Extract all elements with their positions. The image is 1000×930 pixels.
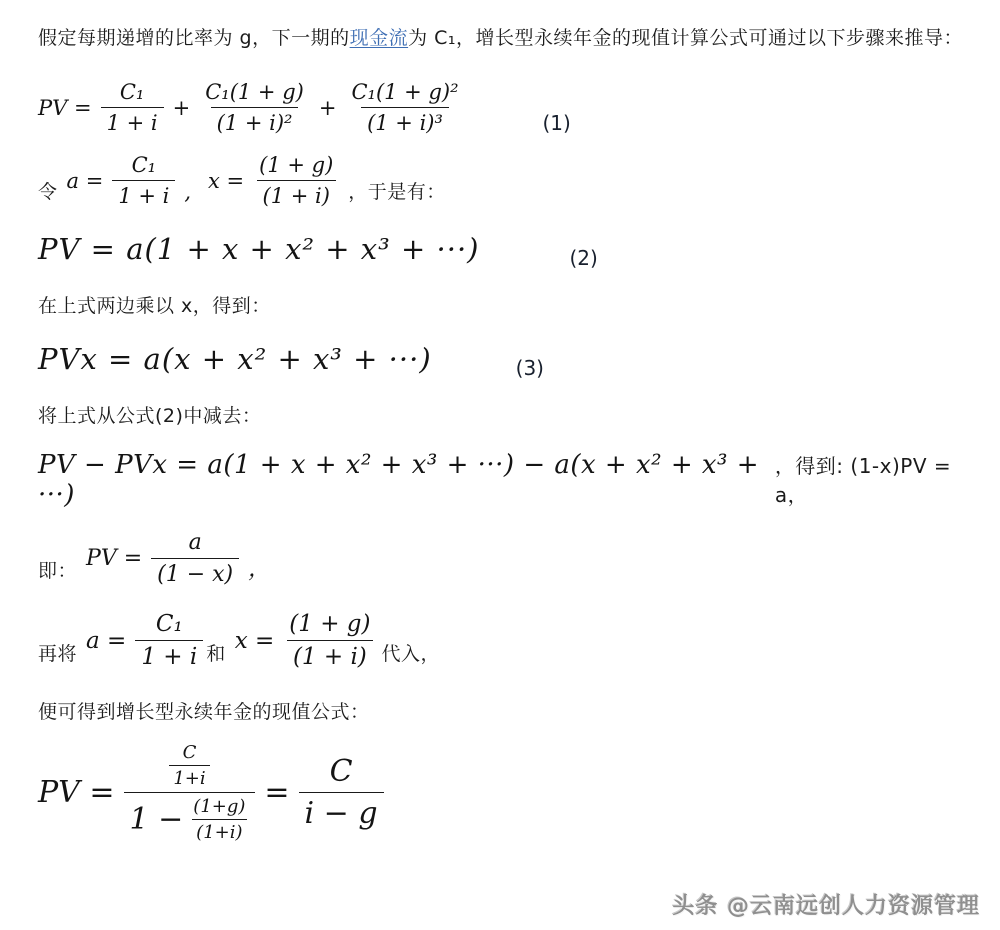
f7-den-frac-numerator: (1+g): [189, 796, 249, 819]
intro-text-part1: 假定每期递增的比率为 g，下一期的: [38, 27, 350, 49]
f7-den-prefix: 1 −: [130, 802, 184, 837]
f6-a-lhs: a =: [86, 628, 126, 654]
equation-number-3: (3): [516, 356, 544, 380]
final-formula: PV = C 1+i 1 − (1+g) (1+i) =: [38, 742, 384, 843]
f6-x-lhs: x =: [235, 628, 275, 654]
subtraction-line-row: PV − PVx = a(1 + x + x² + x³ + ···) − a(…: [38, 450, 980, 510]
f7-rhs-denominator: i − g: [299, 792, 384, 831]
multiply-paragraph: 在上式两边乘以 x，得到：: [38, 294, 980, 318]
formula-1: PV = C₁ 1 + i + C₁(1 + g) (1 + i)² + C₁(…: [38, 80, 465, 135]
f7-denominator-fraction: (1+g) (1+i): [189, 796, 249, 843]
f7-lhs: PV =: [38, 775, 115, 810]
let-comma: ,: [184, 180, 191, 208]
equation-number-2: (2): [569, 246, 597, 270]
f1-fraction-2: C₁(1 + g) (1 + i)²: [199, 80, 310, 135]
f1-fraction-3: C₁(1 + g)² (1 + i)³: [345, 80, 464, 135]
intro-text-part2: 为 C₁，增长型永续年金的现值计算公式可通过以下步骤来推导：: [408, 27, 963, 49]
let-x-fraction: (1 + g) (1 + i): [253, 153, 339, 208]
f5-denominator: (1 − x): [151, 558, 239, 587]
f1-frac3-denominator: (1 + i)³: [361, 107, 449, 135]
therefore-line-row: 即： PV = a (1 − x) ，: [38, 530, 980, 587]
subtraction-formula: PV − PVx = a(1 + x + x² + x³ + ···) − a(…: [38, 450, 765, 510]
f7-numerator-fraction: C 1+i: [169, 742, 209, 789]
therefore-formula: 即： PV = a (1 − x) ，: [38, 530, 270, 587]
f4-body: PV − PVx = a(1 + x + x² + x³ + ···) − a(…: [38, 450, 765, 510]
formula-1-row: PV = C₁ 1 + i + C₁(1 + g) (1 + i)² + C₁(…: [38, 80, 980, 135]
let-x-denominator: (1 + i): [257, 180, 336, 208]
f5-fraction: a (1 − x): [151, 530, 239, 587]
formula-2: PV = a(1 + x + x² + x³ + ···): [38, 232, 479, 266]
f7-outer-fraction: C 1+i 1 − (1+g) (1+i): [124, 742, 256, 843]
f7-den-frac-denominator: (1+i): [192, 819, 246, 843]
f6-x-denominator: (1 + i): [287, 640, 373, 670]
f6-substitute-text: 代入，: [381, 639, 440, 670]
final-formula-row: PV = C 1+i 1 − (1+g) (1+i) =: [38, 742, 980, 843]
let-prefix: 令: [38, 177, 58, 208]
equation-number-1: (1): [543, 111, 571, 135]
let-a-lhs: a =: [67, 169, 104, 193]
let-line-row: 令 a = C₁ 1 + i , x = (1 + g) (1 + i) ，于是…: [38, 153, 980, 208]
f1-lhs: PV =: [38, 96, 92, 120]
substitute-line-row: 再将 a = C₁ 1 + i 和 x = (1 + g) (1 + i) 代入…: [38, 611, 980, 670]
substitute-prefix: 再将: [38, 639, 77, 670]
substitute-formula: 再将 a = C₁ 1 + i 和 x = (1 + g) (1 + i) 代入…: [38, 611, 440, 670]
f6-a-numerator: C₁: [150, 611, 189, 640]
let-x-lhs: x =: [208, 169, 244, 193]
f7-rhs-fraction: C i − g: [299, 754, 384, 831]
f5-lhs: PV =: [86, 546, 142, 571]
f5-comma: ，: [248, 552, 270, 587]
f1-frac3-numerator: C₁(1 + g)²: [345, 80, 464, 107]
let-a-numerator: C₁: [126, 153, 163, 180]
f2-body: PV = a(1 + x + x² + x³ + ···): [38, 232, 479, 266]
final-paragraph: 便可得到增长型永续年金的现值公式：: [38, 700, 980, 724]
cashflow-link[interactable]: 现金流: [350, 27, 409, 49]
article-page: 假定每期递增的比率为 g，下一期的现金流为 C₁，增长型永续年金的现值计算公式可…: [0, 0, 1000, 930]
f3-body: PVx = a(x + x² + x³ + ···): [38, 342, 432, 376]
formula-3: PVx = a(x + x² + x³ + ···): [38, 342, 432, 376]
formula-2-row: PV = a(1 + x + x² + x³ + ···) (2): [38, 232, 980, 266]
f1-plus-2: +: [319, 96, 337, 120]
f7-outer-numerator: C 1+i: [163, 742, 215, 792]
let-x-numerator: (1 + g): [253, 153, 339, 180]
f6-x-fraction: (1 + g) (1 + i): [283, 611, 376, 670]
f1-frac2-denominator: (1 + i)²: [211, 107, 299, 135]
let-line: 令 a = C₁ 1 + i , x = (1 + g) (1 + i) ，于是…: [38, 153, 446, 208]
let-a-denominator: 1 + i: [112, 180, 175, 208]
formula-3-row: PVx = a(x + x² + x³ + ···) (3): [38, 342, 980, 376]
f1-fraction-1: C₁ 1 + i: [101, 80, 164, 135]
subtract-paragraph: 将上式从公式(2)中减去：: [38, 404, 980, 428]
intro-paragraph: 假定每期递增的比率为 g，下一期的现金流为 C₁，增长型永续年金的现值计算公式可…: [38, 12, 980, 64]
f7-num-frac-numerator: C: [179, 742, 201, 765]
f1-plus-1: +: [173, 96, 191, 120]
therefore-prefix: 即：: [38, 556, 77, 587]
f7-rhs-numerator: C: [324, 754, 359, 792]
toutiao-watermark: 头条 @云南远创人力资源管理: [672, 889, 980, 920]
f7-equals-2: =: [264, 775, 289, 810]
f4-result-text: ，得到: (1-x)PV = a，: [775, 450, 980, 508]
let-a-fraction: C₁ 1 + i: [112, 153, 175, 208]
f5-numerator: a: [183, 530, 208, 558]
f7-num-frac-denominator: 1+i: [169, 765, 209, 789]
f1-frac2-numerator: C₁(1 + g): [199, 80, 310, 107]
f1-frac1-denominator: 1 + i: [101, 107, 164, 135]
f6-and-text: 和: [206, 639, 226, 670]
f1-frac1-numerator: C₁: [114, 80, 151, 107]
f7-outer-denominator: 1 − (1+g) (1+i): [124, 792, 256, 843]
f6-a-fraction: C₁ 1 + i: [135, 611, 203, 670]
f6-x-numerator: (1 + g): [283, 611, 376, 640]
f6-a-denominator: 1 + i: [135, 640, 203, 670]
let-suffix: ，于是有：: [348, 177, 446, 208]
